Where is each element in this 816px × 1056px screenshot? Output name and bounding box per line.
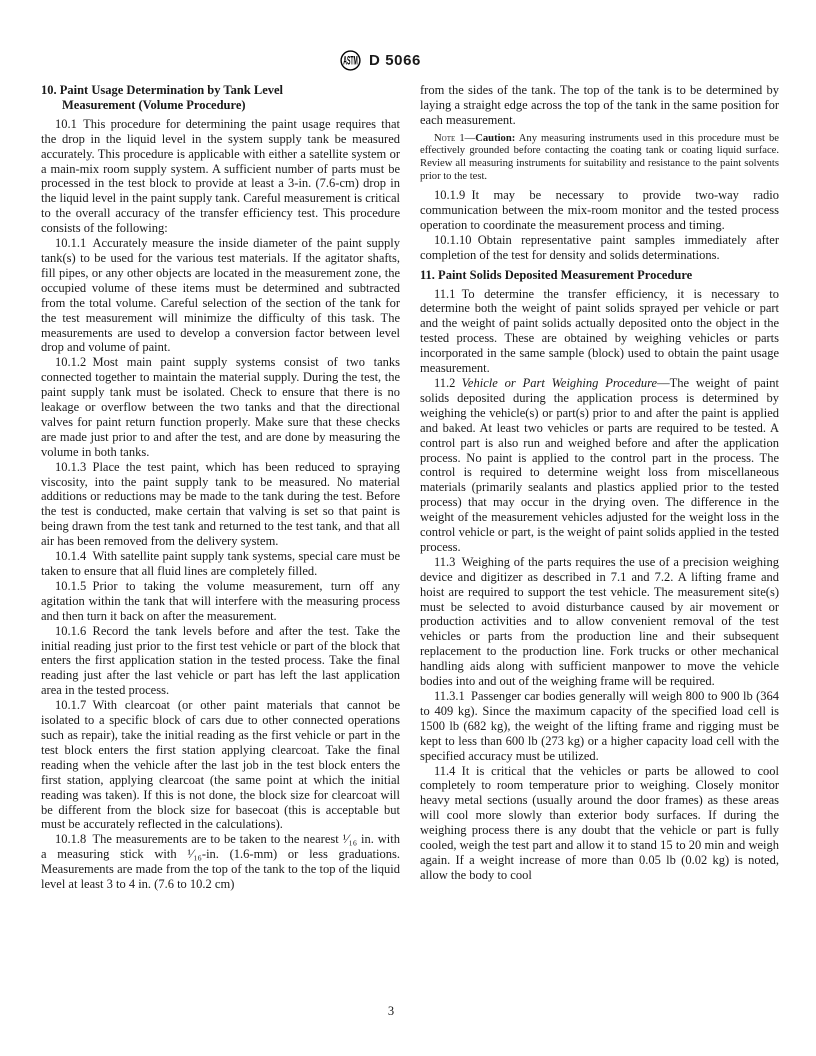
section-10-heading-line1: 10. Paint Usage Determination by Tank Le… bbox=[41, 83, 283, 97]
page-header: ASTM D 5066 bbox=[340, 50, 421, 71]
note-label: Note bbox=[434, 133, 455, 144]
paragraph-11-3-1: 11.3.1 Passenger car bodies generally wi… bbox=[420, 689, 779, 764]
paragraph-10-1-9: 10.1.9 It may be necessary to provide tw… bbox=[420, 188, 779, 233]
doc-designation: D 5066 bbox=[369, 52, 421, 69]
paragraph-11-4: 11.4 It is critical that the vehicles or… bbox=[420, 764, 779, 883]
paragraph-10-1-4: 10.1.4 With satellite paint supply tank … bbox=[41, 549, 400, 579]
paragraph-10-1-10: 10.1.10 Obtain representative paint samp… bbox=[420, 233, 779, 263]
svg-text:ASTM: ASTM bbox=[343, 55, 358, 67]
paragraph-10-1-1: 10.1.1 Accurately measure the inside dia… bbox=[41, 236, 400, 355]
paragraph-10-1-5: 10.1.5 Prior to taking the volume measur… bbox=[41, 579, 400, 624]
paragraph-10-1: 10.1 This procedure for determining the … bbox=[41, 117, 400, 236]
note-caution-label: Caution: bbox=[475, 133, 515, 144]
paragraph-10-1-8: 10.1.8 The measurements are to be taken … bbox=[41, 832, 400, 892]
section-11-heading: 11. Paint Solids Deposited Measurement P… bbox=[420, 268, 779, 283]
note-number: 1— bbox=[455, 133, 475, 144]
paragraph-11-2-number: 11.2 bbox=[434, 376, 462, 390]
paragraph-10-1-8-continued: from the sides of the tank. The top of t… bbox=[420, 83, 779, 128]
astm-logo-icon: ASTM bbox=[340, 50, 361, 71]
document-page: ASTM D 5066 10. Paint Usage Determinatio… bbox=[0, 0, 816, 1056]
paragraph-11-1: 11.1 To determine the transfer efficienc… bbox=[420, 287, 779, 376]
paragraph-11-3: 11.3 Weighing of the parts requires the … bbox=[420, 555, 779, 689]
text-columns: 10. Paint Usage Determination by Tank Le… bbox=[41, 83, 779, 892]
section-10-heading-line2: Measurement (Volume Procedure) bbox=[62, 98, 400, 113]
left-column: 10. Paint Usage Determination by Tank Le… bbox=[41, 83, 400, 892]
note-1: Note 1—Caution: Any measuring instrument… bbox=[420, 133, 779, 183]
paragraph-10-1-7: 10.1.7 With clearcoat (or other paint ma… bbox=[41, 698, 400, 832]
paragraph-10-1-3: 10.1.3 Place the test paint, which has b… bbox=[41, 460, 400, 549]
section-10-heading: 10. Paint Usage Determination by Tank Le… bbox=[41, 83, 400, 113]
page-number: 3 bbox=[41, 1004, 741, 1019]
paragraph-11-2-text: —The weight of paint solids deposited du… bbox=[420, 376, 779, 554]
paragraph-11-2-title: Vehicle or Part Weighing Procedure bbox=[462, 376, 657, 390]
paragraph-11-2: 11.2 Vehicle or Part Weighing Procedure—… bbox=[420, 376, 779, 555]
paragraph-10-1-6: 10.1.6 Record the tank levels before and… bbox=[41, 624, 400, 699]
right-column: from the sides of the tank. The top of t… bbox=[420, 83, 779, 892]
paragraph-10-1-2: 10.1.2 Most main paint supply systems co… bbox=[41, 355, 400, 459]
